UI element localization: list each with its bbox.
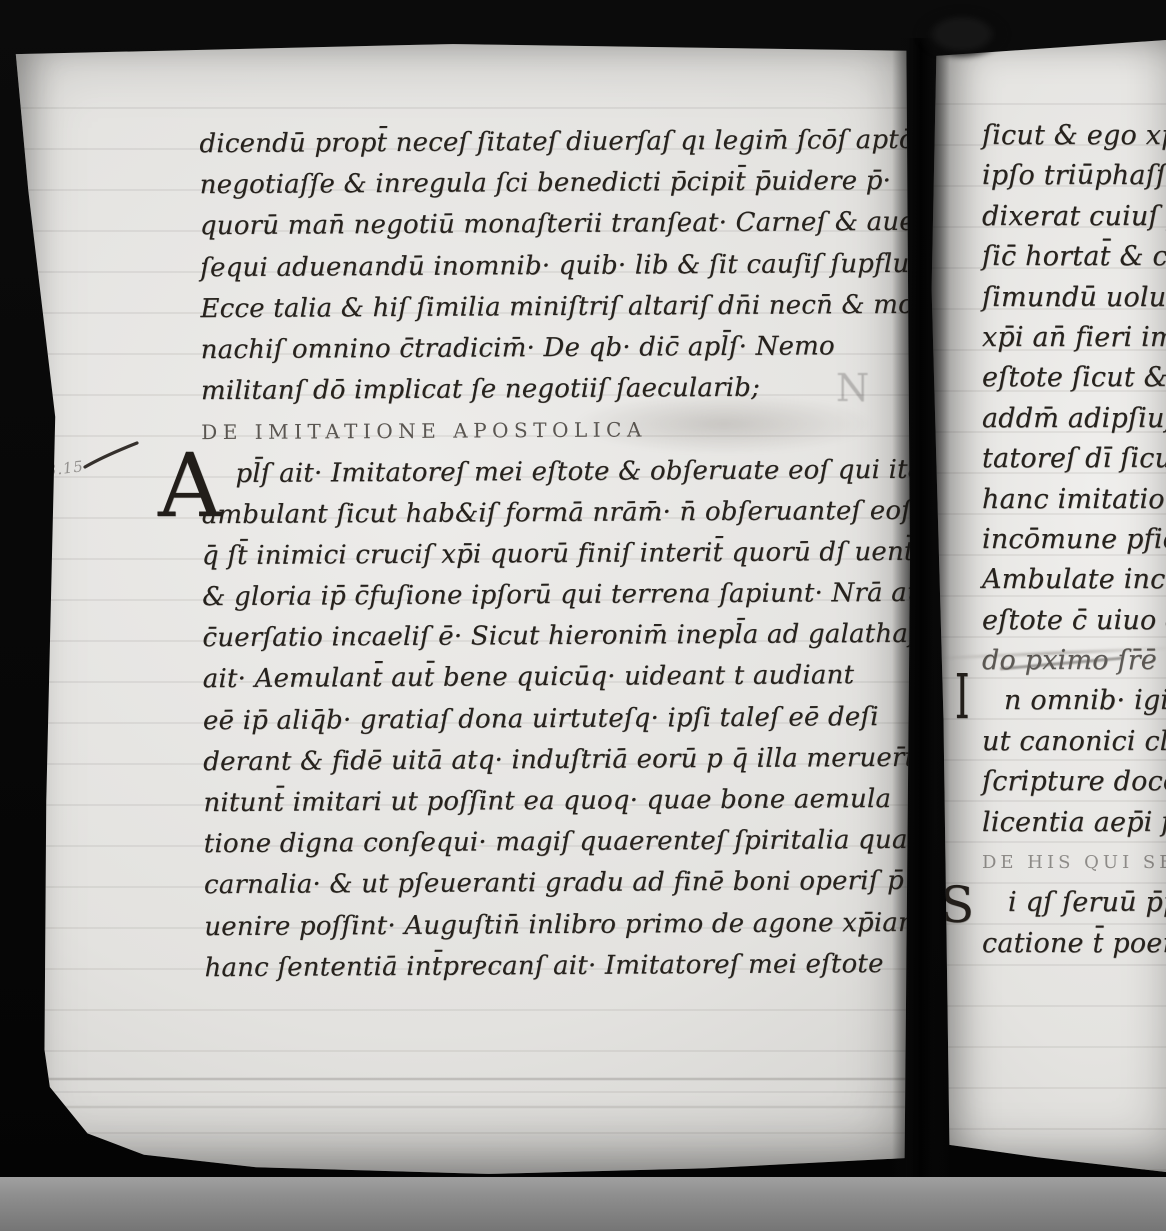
manuscript-text-line: & gloria ip̄ c̄fuſione ipſorū qui terren… [202,573,914,619]
manuscript-text-line: ſic̄ hortat̄ & caſ [982,237,1166,277]
film-edge-strip [0,1177,1166,1231]
manuscript-text-line: i qſ ſeruū p̄priū p [982,883,1166,923]
manuscript-text-line: n omnib· igit̄ qua [982,681,1166,721]
manuscript-text-line: eſtote ſicut & ego [982,358,1166,398]
manuscript-text-line: hanc imitationē p [982,480,1166,520]
manuscript-text-line: militanſ dō implicat ſe negotiiſ ſaecula… [201,367,913,413]
pen-slash-mark [82,440,140,474]
manuscript-text-line: catione t̄ poenit [982,924,1166,964]
manuscript-text-line: tatoreſ dī ſicut fi [982,439,1166,479]
manuscript-text-line: uenire poſſint· Auguſtin̄ inlibro primo … [204,902,916,948]
manuscript-text-line: xp̄i an̄ fieri imit [982,318,1166,358]
manuscript-text-line: nitunt̄ imitari ut poſſint ea quoq· quae… [203,779,915,825]
manuscript-text-line: incōmune pficiat [982,520,1166,560]
manuscript-text-line: ambulant ſicut hab&iſ formā nrām̄· n̄ ob… [202,491,914,537]
chapter-heading: DE IMITATIONE APOSTOLICA [201,408,913,454]
manuscript-text-line: Ambulate incar [982,560,1166,600]
initial-capital-i: I [955,666,970,728]
manuscript-photo: dicendū propt̄ neceſ ſitateſ diuerſaſ qı… [0,0,1166,1231]
left-page: dicendū propt̄ neceſ ſitateſ diuerſaſ qı… [14,44,910,1174]
ruling-line [14,1078,910,1080]
pencil-folio-note: 18.15 [35,457,85,481]
ruling-line [14,1106,910,1108]
manuscript-text-line: eē ip̄ aliq̄b· gratiaſ dona uirtuteſq· i… [203,696,915,742]
manuscript-text-line: hanc ſententiā int̄precanſ ait· Imitator… [204,944,916,990]
right-page: ſicut & ego xp̄i· Qipſo triūphaſſe ddixe… [928,40,1166,1172]
manuscript-text-line: carnalia· & ut pſeueranti gradu ad finē … [204,861,916,907]
faint-margin-letter: N [836,366,869,410]
manuscript-text-line: dixerat cuiuſ ſe [982,197,1166,237]
manuscript-text-line: addm̄ adipſiuſm [982,399,1166,439]
right-text-column: ſicut & ego xp̄i· Qipſo triūphaſſe ddixe… [982,116,1166,964]
manuscript-text-line: tione digna conſequi· magiſ quaerenteſ ſ… [204,820,916,866]
manuscript-text-line: eſtote c̄ uiuo de [982,601,1166,641]
initial-capital-a: A [158,442,222,530]
manuscript-text-line: ſcripture doceri [982,762,1166,802]
left-text-column: dicendū propt̄ neceſ ſitateſ diuerſaſ qı… [199,120,916,989]
book-gutter-shadow [892,38,950,1178]
chapter-heading-faint: DE HIS QUI SER [982,843,1166,883]
manuscript-text-line: dicendū propt̄ neceſ ſitateſ diuerſaſ qı… [199,120,911,166]
manuscript-text-line: ipſo triūphaſſe d [982,156,1166,196]
manuscript-text-line: q̄ ſt̄ inimici cruciſ xp̄i quorū finiſ i… [202,532,914,578]
manuscript-text-line: ait· Aemulant̄ aut̄ bene quicūq· uideant… [203,655,915,701]
manuscript-text-line: pl̄ſ ait· Imitatoreſ mei eſtote & obſeru… [201,449,913,495]
manuscript-text-line: ſimundū uolum̄ [982,278,1166,318]
manuscript-text-line: Ecce talia & hiſ ſimilia miniſtriſ altar… [200,285,912,331]
manuscript-text-line: ſequi aduenandū inomnib· quib· lib & ſit… [200,243,912,289]
manuscript-text-line: ut canonici clerici [982,722,1166,762]
manuscript-text-line: derant & fidē uitā atq· induſtriā eorū p… [203,738,915,784]
manuscript-text-line: negotiaſſe & inregula ſci benedicti p̄ci… [200,161,912,207]
manuscript-text-line: c̄uerſatio incaeliſ ē· Sicut hieronim̄ i… [202,614,914,660]
manuscript-text-line: quorū man̄ negotiū monaſterii tranſeat· … [200,202,912,248]
manuscript-text-line: ſicut & ego xp̄i· Q [982,116,1166,156]
spine-top-bulge [916,8,1008,60]
manuscript-text-line: licentia aep̄i ſui t [982,803,1166,843]
manuscript-text-line: do pximo ſr̄ē · [982,641,1166,681]
manuscript-text-line: nachiſ omnino c̄tradicim̄· De qb· dic̄ a… [201,326,913,372]
